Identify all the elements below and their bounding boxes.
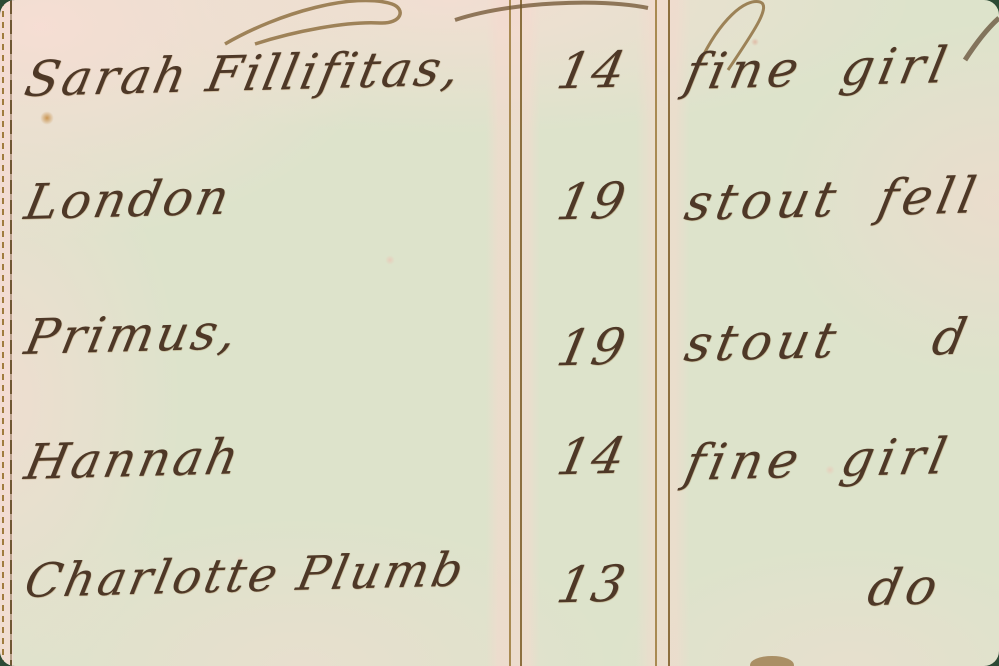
description-cell: stout d (680, 308, 977, 373)
description-cell: fine girl (680, 36, 956, 101)
name-cell: Primus, (20, 303, 245, 366)
age-cell: 14 (527, 40, 658, 101)
description-cell: do (680, 557, 947, 622)
age-cell: 14 (527, 426, 658, 487)
name-cell: Hannah (20, 428, 247, 491)
register-row: Sarah Fillifitas, 14 fine girl (0, 18, 999, 150)
name-cell: Sarah Fillifitas, (20, 40, 468, 108)
register-row: London 19 stout fell (0, 148, 999, 280)
age-cell: 19 (527, 317, 658, 378)
name-cell: London (20, 169, 237, 231)
name-cell: Charlotte Plumb (20, 543, 471, 609)
age-cell: 13 (527, 554, 658, 615)
description-cell: fine girl (680, 427, 956, 492)
register-row: Primus, 19 stout d (0, 282, 999, 414)
description-cell: stout fell (680, 166, 986, 232)
age-cell: 19 (527, 171, 658, 232)
register-row: Hannah 14 fine girl (0, 408, 999, 540)
ledger-page: Sarah Fillifitas, 14 fine girl London 19… (0, 0, 999, 666)
register-row: Charlotte Plumb 13 do (0, 538, 999, 666)
